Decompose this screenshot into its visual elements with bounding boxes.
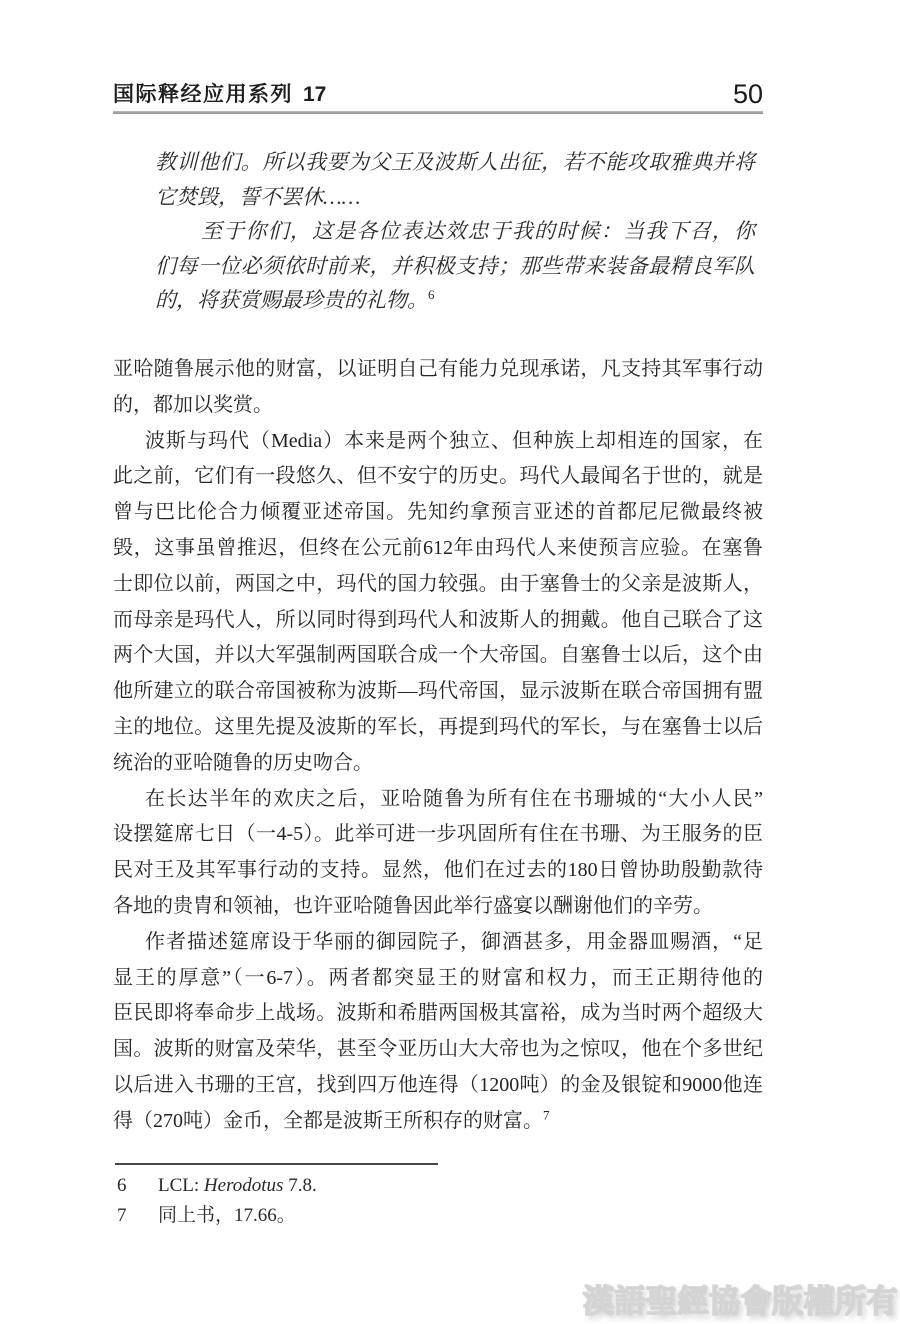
body-line: 主的地位。这里先提及波斯的军长，再提到玛代的军长，与在塞鲁士以后 (113, 710, 763, 746)
footnote-segment: LCL: (158, 1175, 204, 1196)
block-quote: 教训他们。所以我要为父王及波斯人出征，若不能攻取雅典并将它焚毁，誓不罢休……至于… (155, 145, 755, 318)
body-text: 亚哈随鲁展示他的财富，以证明自己有能力兑现承诺，凡支持其军事行动的，都加以奖赏。… (113, 352, 763, 1140)
footnote-number: 6 (117, 1171, 158, 1201)
footnotes: 6LCL: Herodotus 7.8.7同上书，17.66。 (117, 1171, 761, 1231)
body-line: 两个大国，并以大军强制两国联合成一个大帝国。自塞鲁士以后，这个由 (113, 638, 763, 674)
series-title: 国际释经应用系列17 (113, 78, 326, 108)
footnote-number: 7 (117, 1201, 158, 1231)
body-line: 曾与巴比伦合力倾覆亚述帝国。先知约拿预言亚述的首都尼尼微最终被 (113, 495, 763, 531)
footnote-ref: 7 (543, 1107, 550, 1122)
body-line: 的，都加以奖赏。 (113, 388, 763, 424)
body-line: 此之前，它们有一段悠久、但不安宁的历史。玛代人最闻名于世的，就是 (113, 459, 763, 495)
body-line: 以后进入书珊的王宫，找到四万他连得（1200吨）的金及银锭和9000他连 (113, 1068, 763, 1104)
body-line: 在长达半年的欢庆之后，亚哈随鲁为所有住在书珊城的“大小人民” (113, 782, 763, 818)
body-line: 臣民即将奉命步上战场。波斯和希腊两国极其富裕，成为当时两个超级大 (113, 996, 763, 1032)
body-line: 他所建立的联合帝国被称为波斯—玛代帝国，显示波斯在联合帝国拥有盟 (113, 674, 763, 710)
body-line: 各地的贵胄和领袖，也许亚哈随鲁因此举行盛宴以酬谢他们的辛劳。 (113, 889, 763, 925)
body-line: 士即位以前，两国之中，玛代的国力较强。由于塞鲁士的父亲是波斯人， (113, 567, 763, 603)
footnote-rule (115, 1163, 438, 1165)
footnote-text: 同上书，17.66。 (158, 1201, 296, 1231)
body-line: 国。波斯的财富及荣华，甚至令亚历山大大帝也为之惊叹，他在个多世纪 (113, 1032, 763, 1068)
footnote-item: 6LCL: Herodotus 7.8. (117, 1171, 761, 1201)
series-title-text: 国际释经应用系列 (113, 83, 293, 106)
footnote-source-italic: Herodotus (204, 1175, 284, 1196)
body-line: 波斯与玛代（Media）本来是两个独立、但种族上却相连的国家，在 (113, 424, 763, 460)
header-rule (113, 111, 763, 114)
page-header: 国际释经应用系列17 50 (113, 78, 763, 108)
body-line: 作者描述筵席设于华丽的御园院子，御酒甚多，用金器皿赐酒，“足 (113, 925, 763, 961)
footnote-text: LCL: Herodotus 7.8. (158, 1171, 317, 1201)
quote-line: 的，将获赏赐最珍贵的礼物。6 (155, 283, 755, 318)
body-line: 民对王及其军事行动的支持。显然，他们在过去的180日曾协助殷勤款待 (113, 853, 763, 889)
body-line: 亚哈随鲁展示他的财富，以证明自己有能力兑现承诺，凡支持其军事行动 (113, 352, 763, 388)
series-volume: 17 (303, 83, 326, 106)
quote-line: 教训他们。所以我要为父王及波斯人出征，若不能攻取雅典并将 (155, 145, 755, 180)
watermark: 漢語聖經協會版權所有 (583, 1276, 898, 1321)
body-line: 得（270吨）金币，全都是波斯王所积存的财富。7 (113, 1104, 763, 1140)
quote-line: 至于你们，这是各位表达效忠于我的时候：当我下召，你 (155, 214, 755, 249)
body-line: 毁，这事虽曾推迟，但终在公元前612年由玛代人来使预言应验。在塞鲁 (113, 531, 763, 567)
body-line: 显王的厚意”（一6-7）。两者都突显王的财富和权力，而王正期待他的 (113, 961, 763, 997)
body-line: 设摆筵席七日（一4-5）。此举可进一步巩固所有住在书珊、为王服务的臣 (113, 817, 763, 853)
footnote-segment: 7.8. (283, 1175, 316, 1196)
body-line: 而母亲是玛代人，所以同时得到玛代人和波斯人的拥戴。他自己联合了这 (113, 603, 763, 639)
quote-line: 们每一位必须依时前来，并积极支持；那些带来装备最精良军队 (155, 249, 755, 284)
quote-line: 它焚毁，誓不罢休…… (155, 180, 755, 215)
footnote-item: 7同上书，17.66。 (117, 1201, 761, 1231)
footnote-ref: 6 (428, 287, 435, 302)
body-line: 统治的亚哈随鲁的历史吻合。 (113, 746, 763, 782)
footnote-segment: 同上书，17.66。 (158, 1205, 296, 1226)
page-number: 50 (733, 81, 763, 108)
book-page: 国际释经应用系列17 50 教训他们。所以我要为父王及波斯人出征，若不能攻取雅典… (0, 0, 900, 1324)
